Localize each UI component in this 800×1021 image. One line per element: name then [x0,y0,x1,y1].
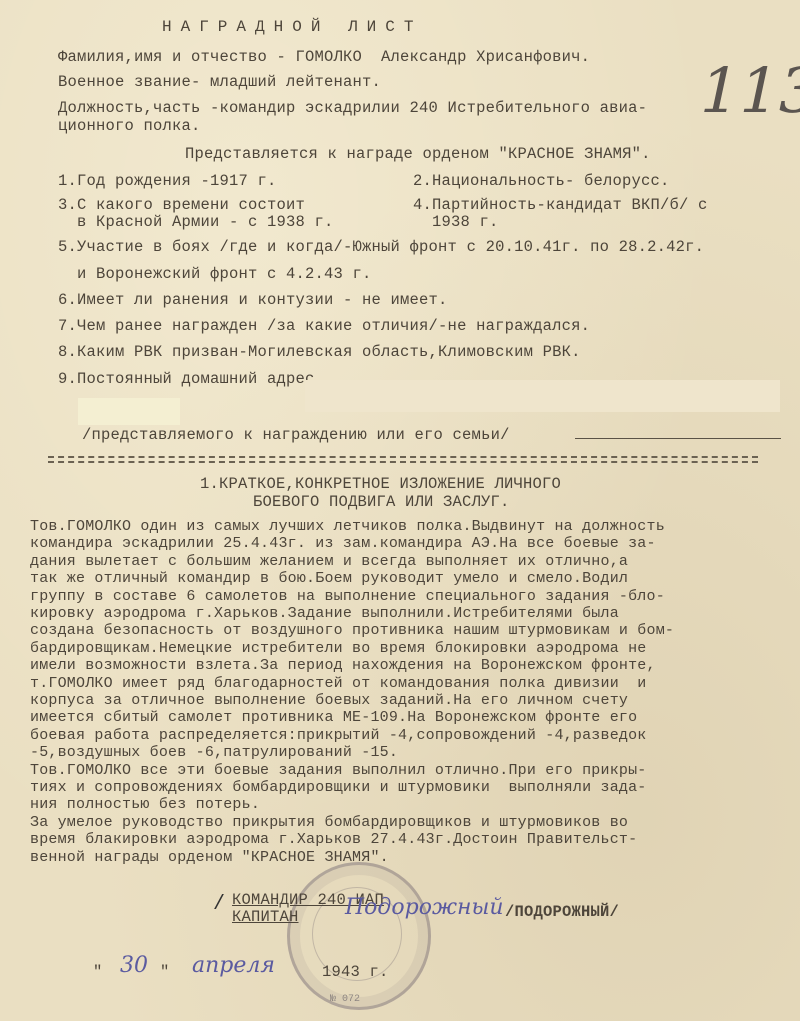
body-line: время блакировки аэродрома г.Харьков 27.… [30,831,637,848]
body-line: ния полностью без потерь. [30,796,260,813]
field-wounds: 6.Имеет ли ранения и контузии - не имеет… [58,291,448,309]
redacted-address-patch [78,398,180,425]
signatory-role-line-2: КАПИТАН [232,908,299,926]
date-quote-open: " [93,963,103,981]
field-party-1: 4.Партийность-кандидат ВКП/б/ с [413,196,708,214]
separator-line-top [48,456,758,458]
separator-line-bottom [48,461,758,463]
field-battles-1: 5.Участие в боях /где и когда/-Южный фро… [58,238,704,256]
document-title: НАГРАДНОЙ ЛИСТ [162,18,422,36]
field-home-address: 9.Постоянный домашний адрес [58,370,315,388]
body-line: так же отличный командир в бою.Боем руко… [30,570,628,587]
date-day: 30 [120,953,148,978]
body-line: имели возможности взлета.За период нахож… [30,657,656,674]
body-line: дания вылетает с большим желанием и всег… [30,553,628,570]
full-name-line: Фамилия,имя и отчество - ГОМОЛКО Алексан… [58,48,590,66]
redacted-address-area [305,380,780,412]
field-service-since-1: 3.С какого времени состоит [58,196,305,214]
date-month: апреля [192,953,275,978]
body-line: боевая работа распределяется:прикрытий -… [30,727,647,744]
position-line-1: Должность,часть -командир эскадрилии 240… [58,99,647,117]
field-party-2: 1938 г. [413,213,499,231]
body-line: тиях и сопровождениях бомбардировщики и … [30,779,647,796]
signature-slash: / [213,893,225,916]
signatory-name: /ПОДОРОЖНЫЙ/ [505,903,619,921]
body-line: кировку аэродрома г.Харьков.Задание выпо… [30,605,619,622]
position-line-2: ционного полка. [58,117,201,135]
body-line: имеется сбитый самолет противника МЕ-109… [30,709,637,726]
body-line: венной награды орденом "КРАСНОЕ ЗНАМЯ". [30,849,389,866]
body-line: т.ГОМОЛКО имеет ряд благодарностей от ко… [30,675,647,692]
field-service-since-2: в Красной Армии - с 1938 г. [58,213,334,231]
body-line: корпуса за отличное выполнение боевых за… [30,692,628,709]
field-draft-office: 8.Каким РВК призван-Могилевская область,… [58,343,581,361]
handwritten-signature: Подорожный [345,895,504,920]
field-nationality: 2.Национальность- белорусс. [413,172,670,190]
official-stamp: № 072 [287,862,431,1010]
body-line: Тов.ГОМОЛКО все эти боевые задания выпол… [30,762,647,779]
date-year: 1943 г. [322,963,389,981]
handwritten-number: 113 [692,54,800,127]
body-line: командира эскадрилии 25.4.43г. из зам.ко… [30,535,656,552]
section-heading-line-2: БОЕВОГО ПОДВИГА ИЛИ ЗАСЛУГ. [253,493,510,511]
section-heading-line-1: 1.КРАТКОЕ,КОНКРЕТНОЕ ИЗЛОЖЕНИЕ ЛИЧНОГО [200,475,561,493]
field-battles-2: и Воронежский фронт с 4.2.43 г. [58,265,372,283]
body-line: За умелое руководство прикрытия бомбарди… [30,814,628,831]
body-line: -5,воздушных боев -6,патрулирований -15. [30,744,398,761]
field-address-note: /представляемого к награждению или его с… [82,426,510,444]
award-line: Представляется к награде орденом "КРАСНО… [185,145,651,163]
date-quote-close: " [160,963,170,981]
body-line: бардировщикам.Немецкие истребители во вр… [30,640,647,657]
body-line: группу в составе 6 самолетов на выполнен… [30,588,665,605]
rank-line: Военное звание- младший лейтенант. [58,73,381,91]
field-birth-year: 1.Год рождения -1917 г. [58,172,277,190]
body-line: Тов.ГОМОЛКО один из самых лучших летчико… [30,518,665,535]
body-line: создана безопасность от воздушного проти… [30,622,674,639]
field-previous-awards: 7.Чем ранее награжден /за какие отличия/… [58,317,590,335]
stamp-number: № 072 [330,994,360,1005]
address-blank-line [575,438,781,439]
